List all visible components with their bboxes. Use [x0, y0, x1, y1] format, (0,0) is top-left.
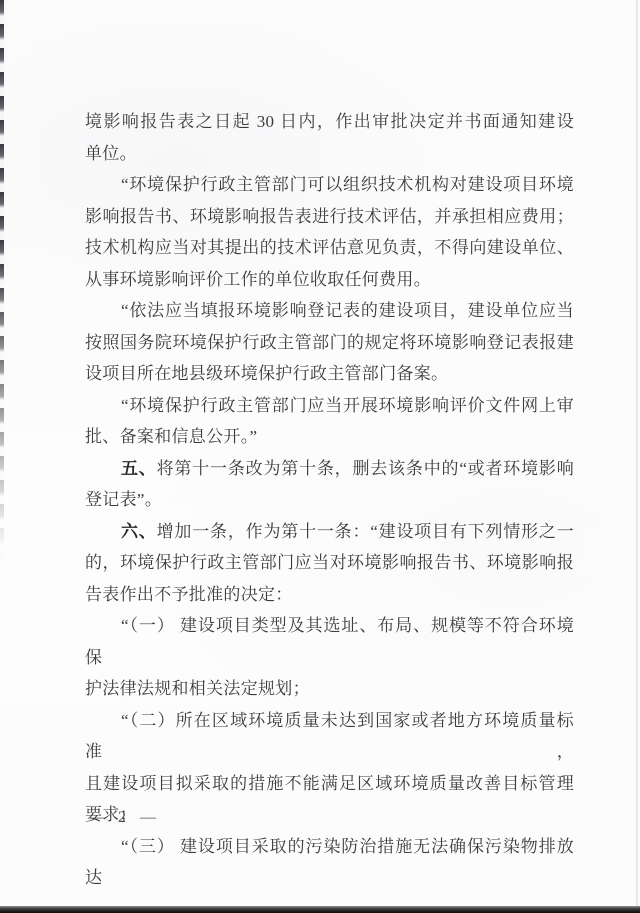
item-number-bold: 六、	[121, 522, 157, 541]
text-line: 五、将第十一条改为第十条，删去该条中的“或者环境影响	[85, 453, 574, 485]
paragraph: “依法应当填报环境影响登记表的建设项目，建设单位应当按照国务院环境保护行政主管部…	[85, 295, 574, 390]
paragraph: 境影响报告表之日起 30 日内，作出审批决定并书面通知建设单位。	[85, 106, 574, 169]
text-line: 批、备案和信息公开。”	[85, 421, 574, 453]
text-line: 告表作出不予批准的决定：	[85, 579, 574, 611]
paragraph: 六、增加一条，作为第十一条：“建设项目有下列情形之一的，环境保护行政主管部门应当…	[85, 516, 574, 611]
item-number-bold: 五、	[121, 459, 157, 478]
paragraph: “（三） 建设项目采取的污染防治措施无法确保污染物排放达	[85, 831, 574, 894]
text-line: 影响报告书、环境影响报告表进行技术评估，并承担相应费用；	[85, 201, 574, 233]
text-line: “环境保护行政主管部门应当开展环境影响评价文件网上审	[85, 390, 574, 422]
right-edge-scan-line	[636, 0, 638, 913]
text-line: 境影响报告表之日起 30 日内，作出审批决定并书面通知建设	[85, 106, 574, 138]
page-number: — 2 —	[88, 809, 161, 827]
text-line: 的，环境保护行政主管部门应当对环境影响报告书、环境影响报	[85, 547, 574, 579]
text-line: 登记表”。	[85, 484, 574, 516]
text-line: 从事环境影响评价工作的单位收取任何费用。	[85, 264, 574, 296]
text-line: 技术机构应当对其提出的技术评估意见负责，不得向建设单位、	[85, 232, 574, 264]
paragraph: “环境保护行政主管部门应当开展环境影响评价文件网上审批、备案和信息公开。”	[85, 390, 574, 453]
scanned-document-page: 境影响报告表之日起 30 日内，作出审批决定并书面通知建设单位。“环境保护行政主…	[0, 0, 640, 913]
text-line: 单位。	[85, 138, 574, 170]
paragraph: 五、将第十一条改为第十条，删去该条中的“或者环境影响登记表”。	[85, 453, 574, 516]
paragraph: “（一） 建设项目类型及其选址、布局、规模等不符合环境保护法律法规和相关法定规划…	[85, 610, 574, 705]
text-line: 且建设项目拟采取的措施不能满足区域环境质量改善目标管理	[85, 768, 574, 800]
text-line: 六、增加一条，作为第十一条：“建设项目有下列情形之一	[85, 516, 574, 548]
text-line: “环境保护行政主管部门可以组织技术机构对建设项目环境	[85, 169, 574, 201]
bottom-scan-bar	[0, 906, 640, 913]
text-line: 护法律法规和相关法定规划；	[85, 673, 574, 705]
text-line: “（三） 建设项目采取的污染防治措施无法确保污染物排放达	[85, 831, 574, 894]
text-line: “（一） 建设项目类型及其选址、布局、规模等不符合环境保	[85, 610, 574, 673]
left-edge-scan-artifact	[0, 0, 4, 560]
document-body: 境影响报告表之日起 30 日内，作出审批决定并书面通知建设单位。“环境保护行政主…	[85, 106, 574, 894]
text-line: “依法应当填报环境影响登记表的建设项目，建设单位应当	[85, 295, 574, 327]
text-line: 按照国务院环境保护行政主管部门的规定将环境影响登记表报建	[85, 327, 574, 359]
text-line: “（二）所在区域环境质量未达到国家或者地方环境质量标准，	[85, 705, 574, 768]
paragraph: “环境保护行政主管部门可以组织技术机构对建设项目环境影响报告书、环境影响报告表进…	[85, 169, 574, 295]
text-line: 设项目所在地县级环境保护行政主管部门备案。	[85, 358, 574, 390]
